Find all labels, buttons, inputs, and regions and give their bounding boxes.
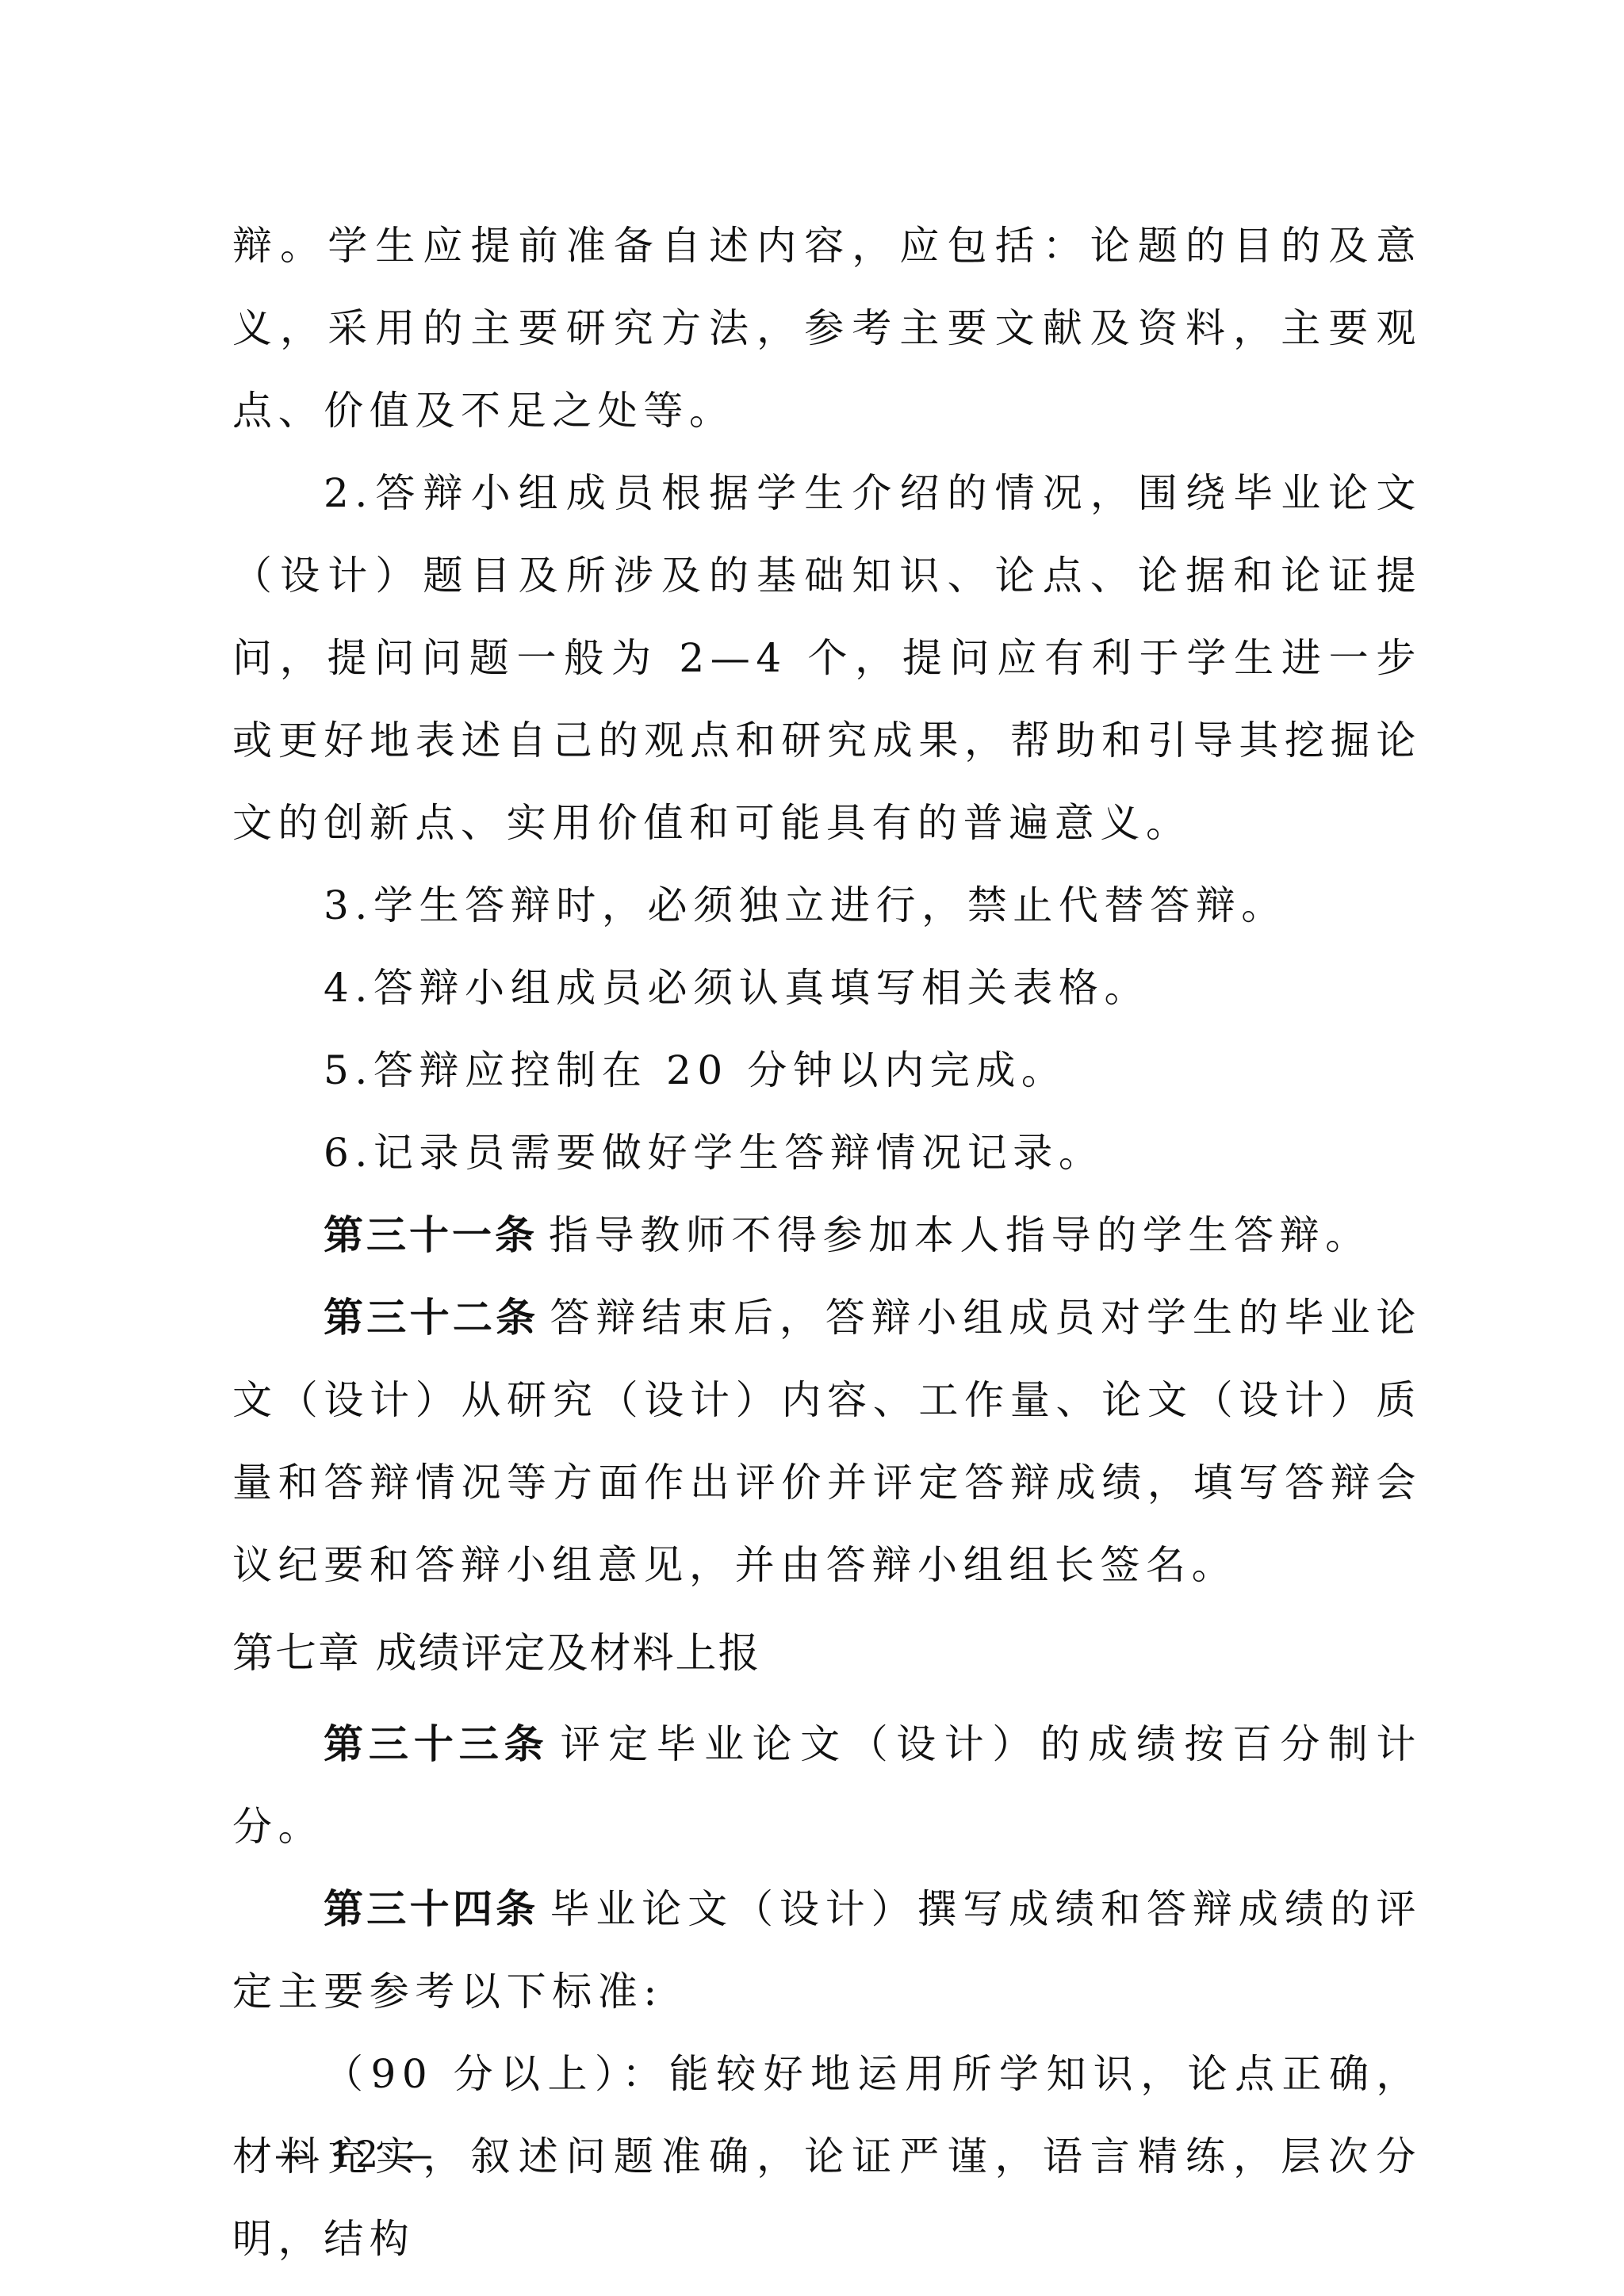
article-text: 指导教师不得参加本人指导的学生答辩。	[549, 1212, 1371, 1258]
chapter-title: 第七章 成绩评定及材料上报	[232, 1613, 1422, 1695]
list-item-4: 4.答辩小组成员必须认真填写相关表格。	[232, 947, 1422, 1029]
list-item-5: 5.答辩应控制在 20 分钟以内完成。	[232, 1029, 1422, 1112]
page-number: — 12 —	[274, 2133, 436, 2175]
body-text: 辩。学生应提前准备自述内容，应包括：论题的目的及意义，采用的主要研究方法，参考主…	[232, 205, 1422, 2280]
list-item-6: 6.记录员需要做好学生答辩情况记录。	[232, 1112, 1422, 1194]
list-item-3: 3.学生答辩时，必须独立进行，禁止代替答辩。	[232, 864, 1422, 947]
article-31: 第三十一条指导教师不得参加本人指导的学生答辩。	[232, 1194, 1422, 1276]
document-page: 辩。学生应提前准备自述内容，应包括：论题的目的及意义，采用的主要研究方法，参考主…	[0, 0, 1624, 2296]
article-number: 第三十一条	[324, 1212, 538, 1258]
article-number: 第三十二条	[324, 1295, 538, 1341]
article-number: 第三十三条	[324, 1721, 550, 1767]
list-item-2: 2.答辩小组成员根据学生介绍的情况，围绕毕业论文（设计）题目及所涉及的基础知识、…	[232, 452, 1422, 864]
article-33: 第三十三条评定毕业论文（设计）的成绩按百分制计分。	[232, 1703, 1422, 1868]
article-number: 第三十四条	[324, 1886, 538, 1932]
article-34: 第三十四条毕业论文（设计）撰写成绩和答辩成绩的评定主要参考以下标准:	[232, 1868, 1422, 2033]
paragraph-continuation: 辩。学生应提前准备自述内容，应包括：论题的目的及意义，采用的主要研究方法，参考主…	[232, 205, 1422, 452]
article-32: 第三十二条答辩结束后，答辩小组成员对学生的毕业论文（设计）从研究（设计）内容、工…	[232, 1276, 1422, 1606]
